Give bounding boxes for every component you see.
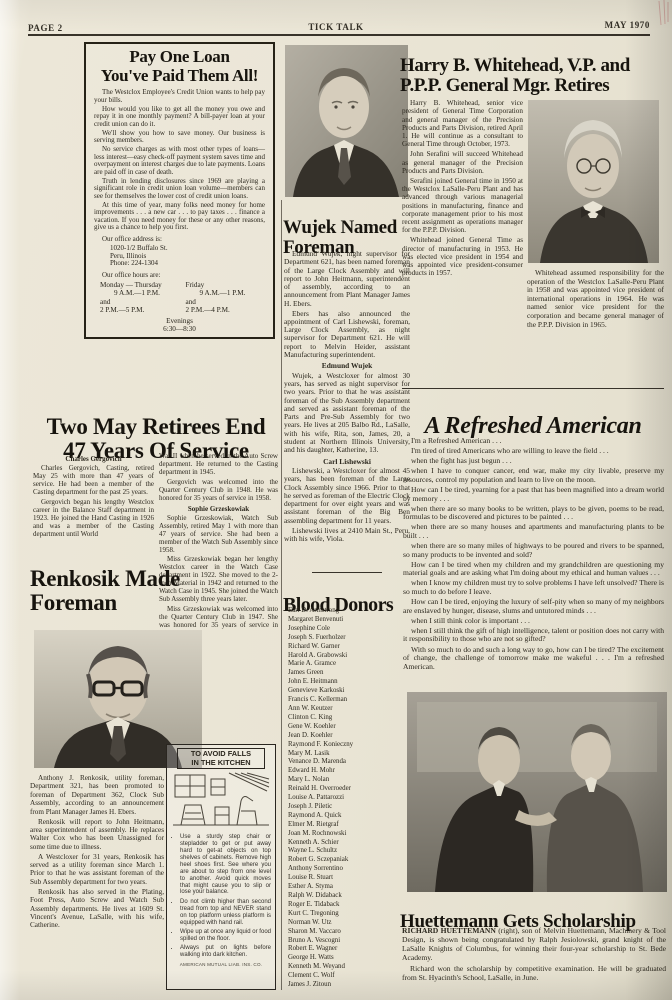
donor-name: Anthony Sorrentino: [288, 865, 410, 874]
paragraph: How would you like to get all the money …: [94, 106, 265, 129]
donor-name: Genevieve Karkoski: [288, 687, 410, 696]
donor-name: Margaret Benvenuti: [288, 616, 410, 625]
paragraph: The Westclox Employee's Credit Union wan…: [94, 89, 265, 104]
kitchen-safety-tips: Use a sturdy step chair or stepladder to…: [171, 834, 271, 959]
paragraph: Sophie Grzeskowiak: [159, 505, 278, 513]
donor-name: Joseph J. Piletic: [288, 803, 410, 812]
paragraph: Gergovich began his lengthy Westclox car…: [33, 498, 154, 538]
paragraph: when I still think color is important . …: [403, 617, 664, 626]
donor-name: Mary M. Lasik: [288, 750, 410, 759]
donor-name: Venance D. Marenda: [288, 758, 410, 767]
article-end-rule: [312, 572, 382, 573]
paragraph: I'm tired of tired Americans who are wil…: [403, 447, 664, 456]
donor-name: Robert E. Wagner: [288, 945, 410, 954]
kitchen-safety-box: TO AVOID FALLS IN THE KITCHEN Use a stur…: [166, 744, 276, 990]
donor-name: Elmer M. Rietgraf: [288, 821, 410, 830]
refreshed-american-headline: A Refreshed American: [402, 414, 664, 439]
paragraph: Charles Gergovich, Casting, retired May …: [33, 464, 154, 496]
whitehead-headline: Harry B. Whitehead, V.P. and P.P.P. Gene…: [400, 56, 668, 96]
donor-name: Gene W. Koehler: [288, 723, 410, 732]
paragraph: We'll show you how to save money. Our bu…: [94, 130, 265, 145]
donor-name: John E. Heitmann: [288, 678, 410, 687]
caption-paragraph: Richard won the scholarship by competiti…: [402, 964, 666, 982]
credit-union-headline: Pay One Loan You've Paid Them All!: [94, 48, 265, 85]
donor-name: Louise A. Pattarozzi: [288, 794, 410, 803]
donor-name: Edward H. Mohr: [288, 767, 410, 776]
address-label: Our office address is:: [94, 235, 265, 243]
donor-name: James Green: [288, 669, 410, 678]
donor-name: Mary L. Nolan: [288, 776, 410, 785]
scan-mark: [656, 0, 670, 26]
office-hours: Monday — Thursday9 A.M.—1 P.M.and2 P.M.—…: [94, 281, 265, 314]
section-rule: [402, 388, 664, 389]
paragraph: With so much to do and such a long way t…: [403, 646, 664, 672]
donor-name: Richard W. Garner: [288, 643, 410, 652]
kitchen-illustration: [171, 771, 271, 827]
paragraph: when I still think the gift of high inte…: [403, 627, 664, 644]
donor-name: Francis C. Kellerman: [288, 696, 410, 705]
whitehead-caption: Whitehead assumed responsibility for the…: [527, 269, 664, 331]
hours-line: 2 P.M.—4 P.M.: [180, 306, 266, 314]
headline-line: Harry B. Whitehead, V.P. and: [400, 55, 630, 76]
paragraph: At this time of year, many folks need mo…: [94, 202, 265, 232]
blood-donors-list: Earl D. ArmstrongMargaret BenvenutiJosep…: [288, 607, 410, 990]
hours-label: Our office hours are:: [94, 271, 265, 279]
retirees-column-1: Charles GergovichCharles Gergovich, Cast…: [33, 452, 154, 546]
hours-line: 9 A.M.—1 P.M.: [94, 289, 180, 297]
donor-name: Joan M. Rochnowski: [288, 830, 410, 839]
donor-name: Robert G. Sczepaniak: [288, 856, 410, 865]
donor-name: Roger E. Tidaback: [288, 901, 410, 910]
paragraph: when there are so many books to be writt…: [403, 505, 664, 522]
headline-line: Pay One Loan: [129, 47, 229, 66]
donor-name: Kurt C. Tregoning: [288, 910, 410, 919]
paragraph: Ebers has also announced the appointment…: [284, 310, 410, 360]
paragraph: Whitehead joined General Time as directo…: [402, 236, 523, 277]
title-line: IN THE KITCHEN: [191, 758, 250, 767]
column-rule: [281, 200, 282, 990]
donor-name: Clement C. Wolf: [288, 972, 410, 981]
header-rule: [28, 34, 650, 36]
whitehead-photo: [528, 100, 659, 263]
masthead: TICK TALK: [0, 22, 672, 32]
paragraph: Serafini joined General time in 1950 at …: [402, 177, 523, 235]
donor-name: Norman W. Utz: [288, 919, 410, 928]
caption-text: Whitehead assumed responsibility for the…: [527, 269, 664, 329]
paragraph: Sophie Grzeskowiak, Watch Sub Assembly, …: [159, 514, 278, 554]
paragraph: I'm a Refreshed American . . .: [403, 437, 664, 446]
evenings-hours: Evenings 6:30—8:30: [94, 317, 265, 333]
paragraph: when I know my children must try to solv…: [403, 579, 664, 596]
paragraph: Lishewski, a Westcloxer for almost 45 ye…: [284, 467, 410, 525]
donor-name: Ralph W. Didaback: [288, 892, 410, 901]
paragraph: Edmund Wujek, night supervisor for Depar…: [284, 250, 410, 308]
paragraph: when there are so many houses and apartm…: [403, 523, 664, 540]
kitchen-box-credit: AMERICAN MUTUAL LIAB. INS. CO.: [171, 962, 271, 967]
donor-name: Kenneth A. Schier: [288, 839, 410, 848]
donor-name: George H. Watts: [288, 954, 410, 963]
safety-tip: Do not climb higher than second tread fr…: [180, 899, 271, 927]
donor-name: Jean D. Koehler: [288, 732, 410, 741]
paragraph: War II when he served in the Auto Screw …: [159, 452, 278, 476]
paragraph: Harry B. Whitehead, senior vice presiden…: [402, 99, 523, 149]
headline-line: Two May Retirees End: [47, 414, 266, 439]
donor-name: Harold A. Grabowski: [288, 652, 410, 661]
paragraph: Lishewski lives at 2410 Main St., Peru, …: [284, 527, 410, 544]
address-line: Phone: 224-1304: [110, 260, 265, 268]
donor-name: Josephine Cole: [288, 625, 410, 634]
paragraph: No service charges as with most other ty…: [94, 146, 265, 176]
paragraph: when I have to conquer cancer, end war, …: [403, 467, 664, 484]
hours-line: Friday: [180, 281, 266, 289]
huettemann-caption: RICHARD HUETTEMANN (right), son of Melvi…: [402, 926, 666, 983]
paragraph: when there are so many miles of highways…: [403, 542, 664, 559]
paragraph: John Serafini will succeed Whitehead as …: [402, 150, 523, 175]
refreshed-american-body: I'm a Refreshed American . . .I'm tired …: [403, 437, 664, 689]
renkosik-article-body: Anthony J. Renkosik, utility foreman, De…: [30, 774, 164, 931]
paragraph: Anthony J. Renkosik, utility foreman, De…: [30, 774, 164, 816]
wujek-article-body: Edmund Wujek, night supervisor for Depar…: [284, 250, 410, 568]
donor-name: Bruno A. Vescogni: [288, 937, 410, 946]
evenings-time: 6:30—8:30: [94, 325, 265, 333]
newspaper-page: PAGE 2 TICK TALK MAY 1970 Pay One Loan Y…: [0, 0, 672, 1000]
donor-name: Marie A. Gramce: [288, 660, 410, 669]
hours-line: and: [94, 298, 180, 306]
wujek-photo: [285, 45, 408, 197]
renkosik-headline: Renkosik Made Foreman: [30, 567, 235, 616]
donor-name: Louise R. Stuart: [288, 874, 410, 883]
headline-line: Renkosik Made: [30, 566, 180, 591]
safety-tip: Use a sturdy step chair or stepladder to…: [180, 834, 271, 896]
paragraph: Carl Lishewski: [284, 458, 410, 466]
paragraph: Wujek, a Westcloxer for almost 30 years,…: [284, 372, 410, 455]
hours-line: and: [180, 298, 266, 306]
credit-union-body: The Westclox Employee's Credit Union wan…: [94, 89, 265, 232]
paragraph: Truth in lending disclosures since 1969 …: [94, 178, 265, 201]
donor-name: Sharon M. Vaccaro: [288, 928, 410, 937]
paragraph: How can I be tired, enjoying the luxury …: [403, 598, 664, 615]
safety-tip: Always put on lights before walking into…: [180, 945, 271, 959]
paragraph: Charles Gergovich: [33, 455, 154, 463]
headline-line: Wujek Named: [283, 217, 397, 238]
donor-name: Raymond F. Konieczny: [288, 741, 410, 750]
donor-name: Reinald H. Overroeder: [288, 785, 410, 794]
donor-name: James J. Zitoun: [288, 981, 410, 990]
paragraph: A Westcloxer for 31 years, Renkosik has …: [30, 853, 164, 887]
donor-name: Esther A. Styma: [288, 883, 410, 892]
donor-name: Earl D. Armstrong: [288, 607, 410, 616]
hours-line: 9 A.M.—1 P.M.: [180, 289, 266, 297]
donor-name: Kenneth M. Weyand: [288, 963, 410, 972]
whitehead-article-body: Harry B. Whitehead, senior vice presiden…: [402, 99, 523, 387]
issue-date: MAY 1970: [605, 20, 650, 30]
paragraph: How can I be tired, yearning for a past …: [403, 486, 664, 503]
hours-friday: Friday9 A.M.—1 P.M.and2 P.M.—4 P.M.: [180, 281, 266, 314]
caption-lead-name: RICHARD HUETTEMANN: [402, 926, 496, 935]
donor-name: Wayne L. Schultz: [288, 847, 410, 856]
paragraph: Renkosik has also served in the Plating,…: [30, 888, 164, 930]
donor-name: Raymond A. Quick: [288, 812, 410, 821]
safety-tip: Wipe up at once any liquid or food spill…: [180, 929, 271, 943]
hours-line: Monday — Thursday: [94, 281, 180, 289]
paragraph: How can I be tired when my children and …: [403, 561, 664, 578]
headline-line: Foreman: [30, 590, 117, 615]
paragraph: Edmund Wujek: [284, 362, 410, 370]
paragraph: Renkosik will report to John Heitmann, a…: [30, 818, 164, 852]
evenings-label: Evenings: [94, 317, 265, 325]
caption-paragraph: RICHARD HUETTEMANN (right), son of Melvi…: [402, 926, 666, 962]
headline-line: P.P.P. General Mgr. Retires: [400, 75, 609, 96]
huettemann-photo: [407, 692, 667, 892]
credit-union-article: Pay One Loan You've Paid Them All! The W…: [84, 42, 275, 339]
hours-line: 2 P.M.—5 P.M.: [94, 306, 180, 314]
paragraph: Gergovich was welcomed into the Quarter …: [159, 478, 278, 502]
hours-monday-thursday: Monday — Thursday9 A.M.—1 P.M.and2 P.M.—…: [94, 281, 180, 314]
kitchen-box-title: TO AVOID FALLS IN THE KITCHEN: [177, 748, 265, 769]
paragraph: when the fight has just begun . . .: [403, 457, 664, 466]
donor-name: Ann W. Keutzer: [288, 705, 410, 714]
donor-name: Clinton C. King: [288, 714, 410, 723]
address-lines: 1020-1/2 Buffalo St.Peru, IllinoisPhone:…: [110, 245, 265, 268]
donor-name: Joseph S. Fuerholzer: [288, 634, 410, 643]
headline-line: You've Paid Them All!: [101, 66, 258, 85]
